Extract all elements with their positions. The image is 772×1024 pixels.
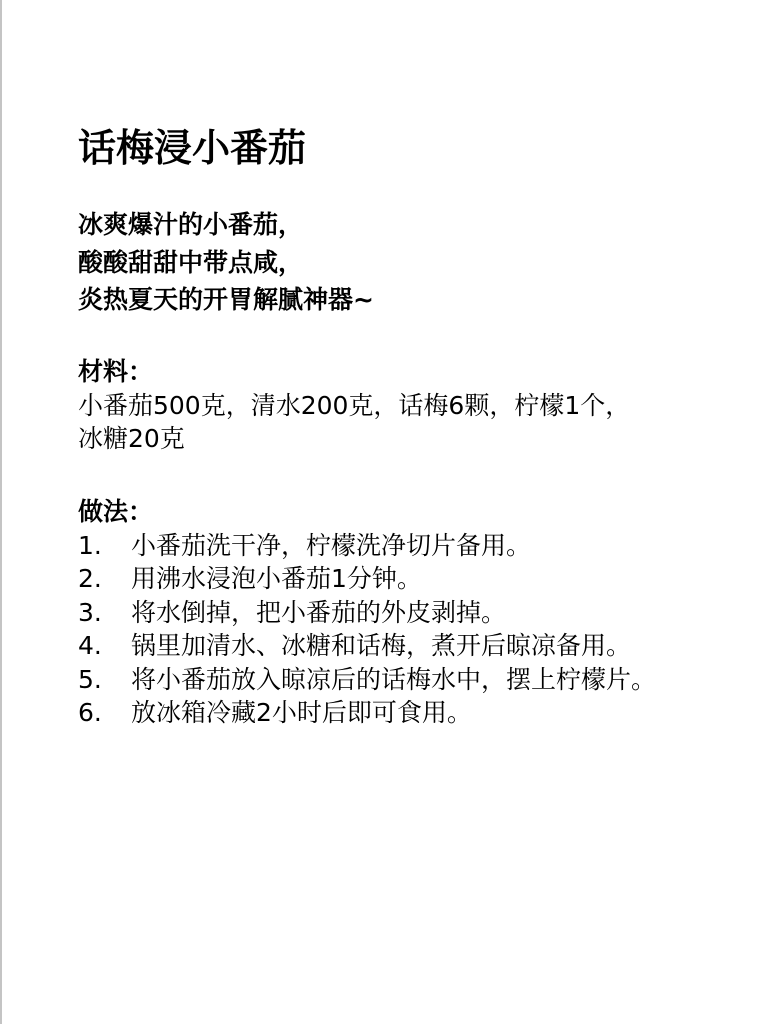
ingredients-line: 小番茄500克，清水200克，话梅6颗，柠檬1个， bbox=[78, 389, 718, 422]
page-left-border bbox=[0, 0, 2, 1024]
ingredients-heading: 材料： bbox=[78, 355, 758, 389]
ingredients-line: 冰糖20克 bbox=[78, 422, 718, 455]
step-number: 4. bbox=[78, 629, 131, 662]
step-text: 放冰箱冷藏2小时后即可食用。 bbox=[131, 696, 768, 729]
steps-list: 1. 小番茄洗干净，柠檬洗净切片备用。 2. 用沸水浸泡小番茄1分钟。 3. 将… bbox=[78, 529, 768, 729]
step-number: 3. bbox=[78, 596, 131, 629]
step-item: 3. 将水倒掉，把小番茄的外皮剥掉。 bbox=[78, 596, 768, 629]
step-number: 2. bbox=[78, 562, 131, 595]
step-text: 将小番茄放入晾凉后的话梅水中，摆上柠檬片。 bbox=[131, 663, 768, 696]
step-item: 5. 将小番茄放入晾凉后的话梅水中，摆上柠檬片。 bbox=[78, 663, 768, 696]
method-heading: 做法： bbox=[78, 495, 768, 529]
step-number: 6. bbox=[78, 696, 131, 729]
intro-line: 炎热夏天的开胃解腻神器~ bbox=[78, 281, 374, 319]
step-number: 1. bbox=[78, 529, 131, 562]
ingredients-list: 小番茄500克，清水200克，话梅6颗，柠檬1个， 冰糖20克 bbox=[78, 389, 718, 455]
recipe-title: 话梅浸小番茄 bbox=[78, 124, 306, 172]
step-text: 锅里加清水、冰糖和话梅，煮开后晾凉备用。 bbox=[131, 629, 768, 662]
step-text: 小番茄洗干净，柠檬洗净切片备用。 bbox=[131, 529, 768, 562]
intro-line: 酸酸甜甜中带点咸， bbox=[78, 244, 374, 282]
recipe-intro: 冰爽爆汁的小番茄， 酸酸甜甜中带点咸， 炎热夏天的开胃解腻神器~ bbox=[78, 206, 374, 319]
step-item: 1. 小番茄洗干净，柠檬洗净切片备用。 bbox=[78, 529, 768, 562]
step-item: 2. 用沸水浸泡小番茄1分钟。 bbox=[78, 562, 768, 595]
method-section: 做法： 1. 小番茄洗干净，柠檬洗净切片备用。 2. 用沸水浸泡小番茄1分钟。 … bbox=[78, 495, 768, 729]
step-text: 用沸水浸泡小番茄1分钟。 bbox=[131, 562, 768, 595]
ingredients-section: 材料： 小番茄500克，清水200克，话梅6颗，柠檬1个， 冰糖20克 bbox=[78, 355, 758, 455]
step-text: 将水倒掉，把小番茄的外皮剥掉。 bbox=[131, 596, 768, 629]
step-item: 6. 放冰箱冷藏2小时后即可食用。 bbox=[78, 696, 768, 729]
step-number: 5. bbox=[78, 663, 131, 696]
step-item: 4. 锅里加清水、冰糖和话梅，煮开后晾凉备用。 bbox=[78, 629, 768, 662]
intro-line: 冰爽爆汁的小番茄， bbox=[78, 206, 374, 244]
